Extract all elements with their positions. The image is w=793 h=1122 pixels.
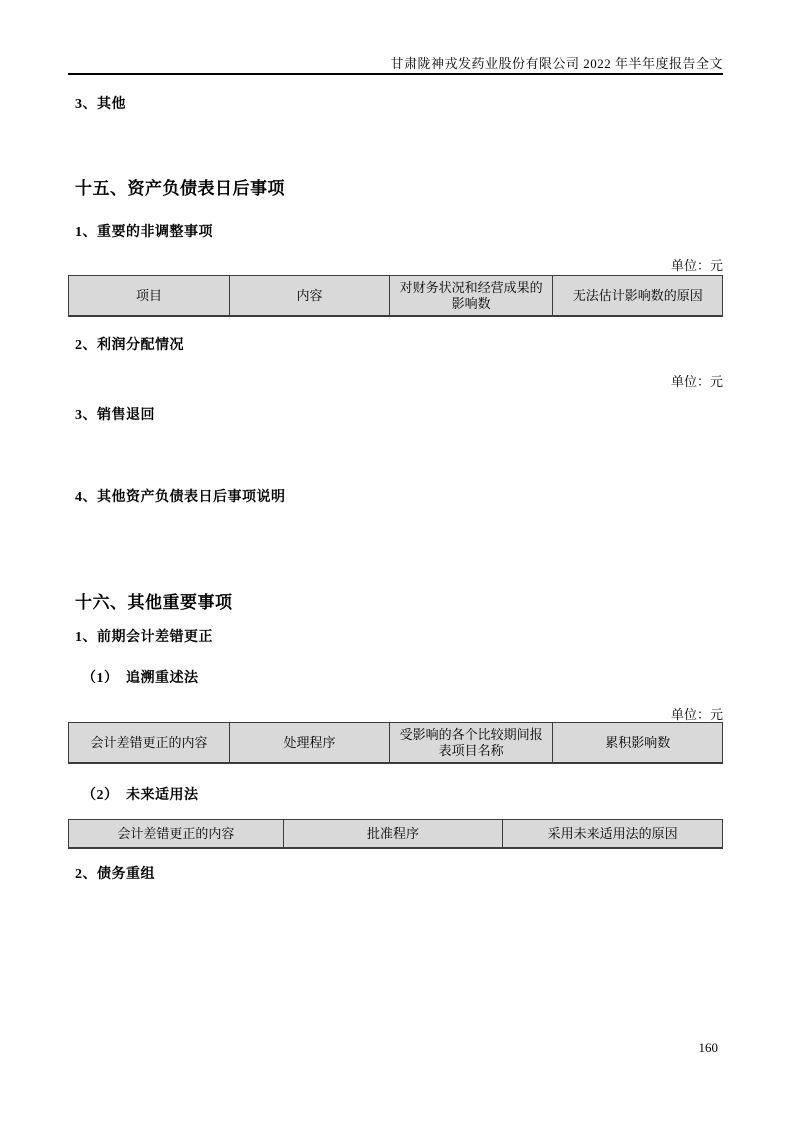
unit-label: 单位：元 [68,704,723,723]
table-header-cell: 会计差错更正的内容 [69,723,230,764]
table-header-row: 会计差错更正的内容 处理程序 受影响的各个比较期间报表项目名称 累积影响数 [69,723,723,764]
heading-retrospective-restatement: （1） 追溯重述法 [68,667,737,687]
unit-label: 单位：元 [68,371,723,390]
table-header-cell: 受影响的各个比较期间报表项目名称 [389,723,553,764]
heading-other-post-balance-sheet-events: 4、其他资产负债表日后事项说明 [68,486,730,506]
table-header-cell: 内容 [230,276,390,317]
heading-section-16: 十六、其他重要事项 [68,588,730,613]
heading-sales-returns: 3、销售退回 [68,404,730,424]
table-header-cell: 批准程序 [283,820,503,849]
table-header-cell: 项目 [69,276,230,317]
report-page: 甘肃陇神戎发药业股份有限公司 2022 年半年度报告全文 3、其他 十五、资产负… [0,0,793,1122]
heading-other: 3、其他 [68,93,730,113]
table-header-cell: 会计差错更正的内容 [69,820,284,849]
heading-profit-distribution: 2、利润分配情况 [68,334,730,354]
heading-debt-restructuring: 2、债务重组 [68,863,730,883]
prospective-application-table: 会计差错更正的内容 批准程序 采用未来适用法的原因 [68,819,723,849]
retrospective-restatement-table: 会计差错更正的内容 处理程序 受影响的各个比较期间报表项目名称 累积影响数 [68,722,723,764]
table-header-cell: 处理程序 [230,723,390,764]
header-divider [68,73,723,75]
report-title: 甘肃陇神戎发药业股份有限公司 2022 年半年度报告全文 [390,56,723,71]
table-header-row: 会计差错更正的内容 批准程序 采用未来适用法的原因 [69,820,723,849]
table-header-cell: 对财务状况和经营成果的影响数 [389,276,553,317]
heading-prospective-application: （2） 未来适用法 [68,784,737,804]
table-header-cell: 累积影响数 [553,723,723,764]
heading-important-non-adjusting-events: 1、重要的非调整事项 [68,221,730,241]
table-header-cell: 采用未来适用法的原因 [503,820,723,849]
page-number: 160 [699,1040,719,1056]
non-adjusting-events-table: 项目 内容 对财务状况和经营成果的影响数 无法估计影响数的原因 [68,275,723,317]
heading-section-15: 十五、资产负债表日后事项 [68,174,730,199]
running-header: 甘肃陇神戎发药业股份有限公司 2022 年半年度报告全文 [68,53,723,72]
heading-prior-period-error-correction: 1、前期会计差错更正 [68,626,730,646]
table-header-row: 项目 内容 对财务状况和经营成果的影响数 无法估计影响数的原因 [69,276,723,317]
unit-label: 单位：元 [68,255,723,274]
table-header-cell: 无法估计影响数的原因 [553,276,723,317]
